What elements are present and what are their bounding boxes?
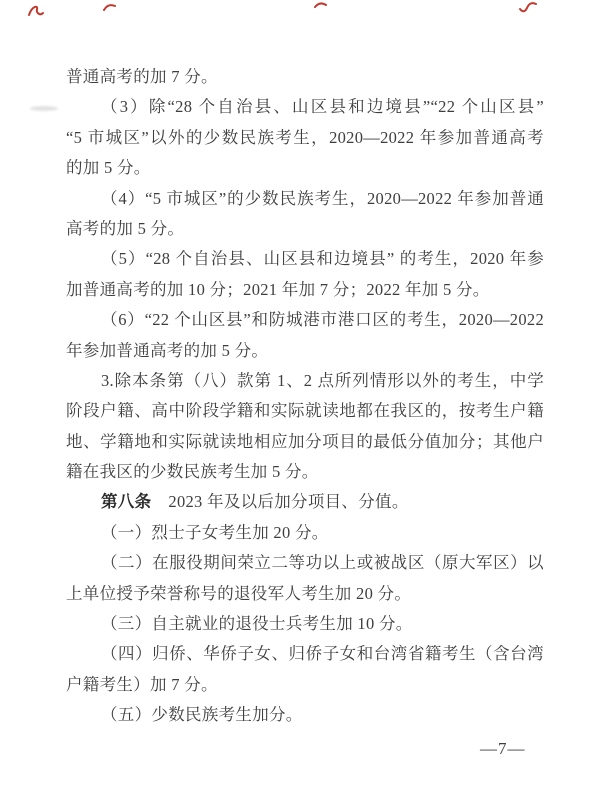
document-body: 普通高考的加 7 分。 （3）除“28 个自治县、山区县和边境县”“22 个山区… (66, 62, 544, 731)
text-line: （二）在服役期间荣立二等功以上或被战区（原大军区）以 (66, 548, 544, 578)
article-heading-line: 第八条2023 年及以后加分项目、分值。 (66, 487, 544, 517)
page-number: —7— (480, 739, 526, 759)
text-line: （4）“5 市城区”的少数民族考生，2020—2022 年参加普通 (66, 184, 544, 214)
red-ink-mark-icon (103, 2, 116, 12)
text-line: “5 市城区”以外的少数民族考生，2020—2022 年参加普通高考 (66, 123, 544, 153)
text-line: 户籍考生）加 7 分。 (66, 670, 544, 700)
text-line: 年参加普通高考的加 5 分。 (66, 336, 544, 366)
text-line: （三）自主就业的退役士兵考生加 10 分。 (66, 609, 544, 639)
text-line: 的加 5 分。 (66, 153, 544, 183)
text-line: 地、学籍地和实际就读地相应加分项目的最低分值加分；其他户 (66, 427, 544, 457)
text-line: （3）除“28 个自治县、山区县和边境县”“22 个山区县” (66, 92, 544, 122)
article-number-label: 第八条 (101, 492, 151, 511)
text-line: （四）归侨、华侨子女、归侨子女和台湾省籍考生（含台湾 (66, 639, 544, 669)
text-line: 加普通高考的加 10 分；2021 年加 7 分；2022 年加 5 分。 (66, 275, 544, 305)
red-ink-mark-icon (314, 1, 327, 10)
red-ink-mark-icon (518, 0, 538, 16)
red-ink-mark-icon (27, 3, 45, 19)
text-line: 高考的加 5 分。 (66, 214, 544, 244)
text-line: 3.除本条第（八）款第 1、2 点所列情形以外的考生，中学 (66, 366, 544, 396)
text-line: （五）少数民族考生加分。 (66, 700, 544, 730)
text-line: 上单位授予荣誉称号的退役军人考生加 20 分。 (66, 579, 544, 609)
text-line: 普通高考的加 7 分。 (66, 62, 544, 92)
text-line: 籍在我区的少数民族考生加 5 分。 (66, 457, 544, 487)
scan-smudge (30, 106, 58, 111)
text-line: 阶段户籍、高中阶段学籍和实际就读地都在我区的，按考生户籍 (66, 396, 544, 426)
article-heading-text: 2023 年及以后加分项目、分值。 (168, 492, 408, 511)
text-line: （一）烈士子女考生加 20 分。 (66, 518, 544, 548)
text-line: （5）“28 个自治县、山区县和边境县” 的考生，2020 年参 (66, 244, 544, 274)
scanned-document-page: 普通高考的加 7 分。 （3）除“28 个自治县、山区县和边境县”“22 个山区… (0, 0, 608, 802)
text-line: （6）“22 个山区县”和防城港市港口区的考生，2020—2022 (66, 305, 544, 335)
